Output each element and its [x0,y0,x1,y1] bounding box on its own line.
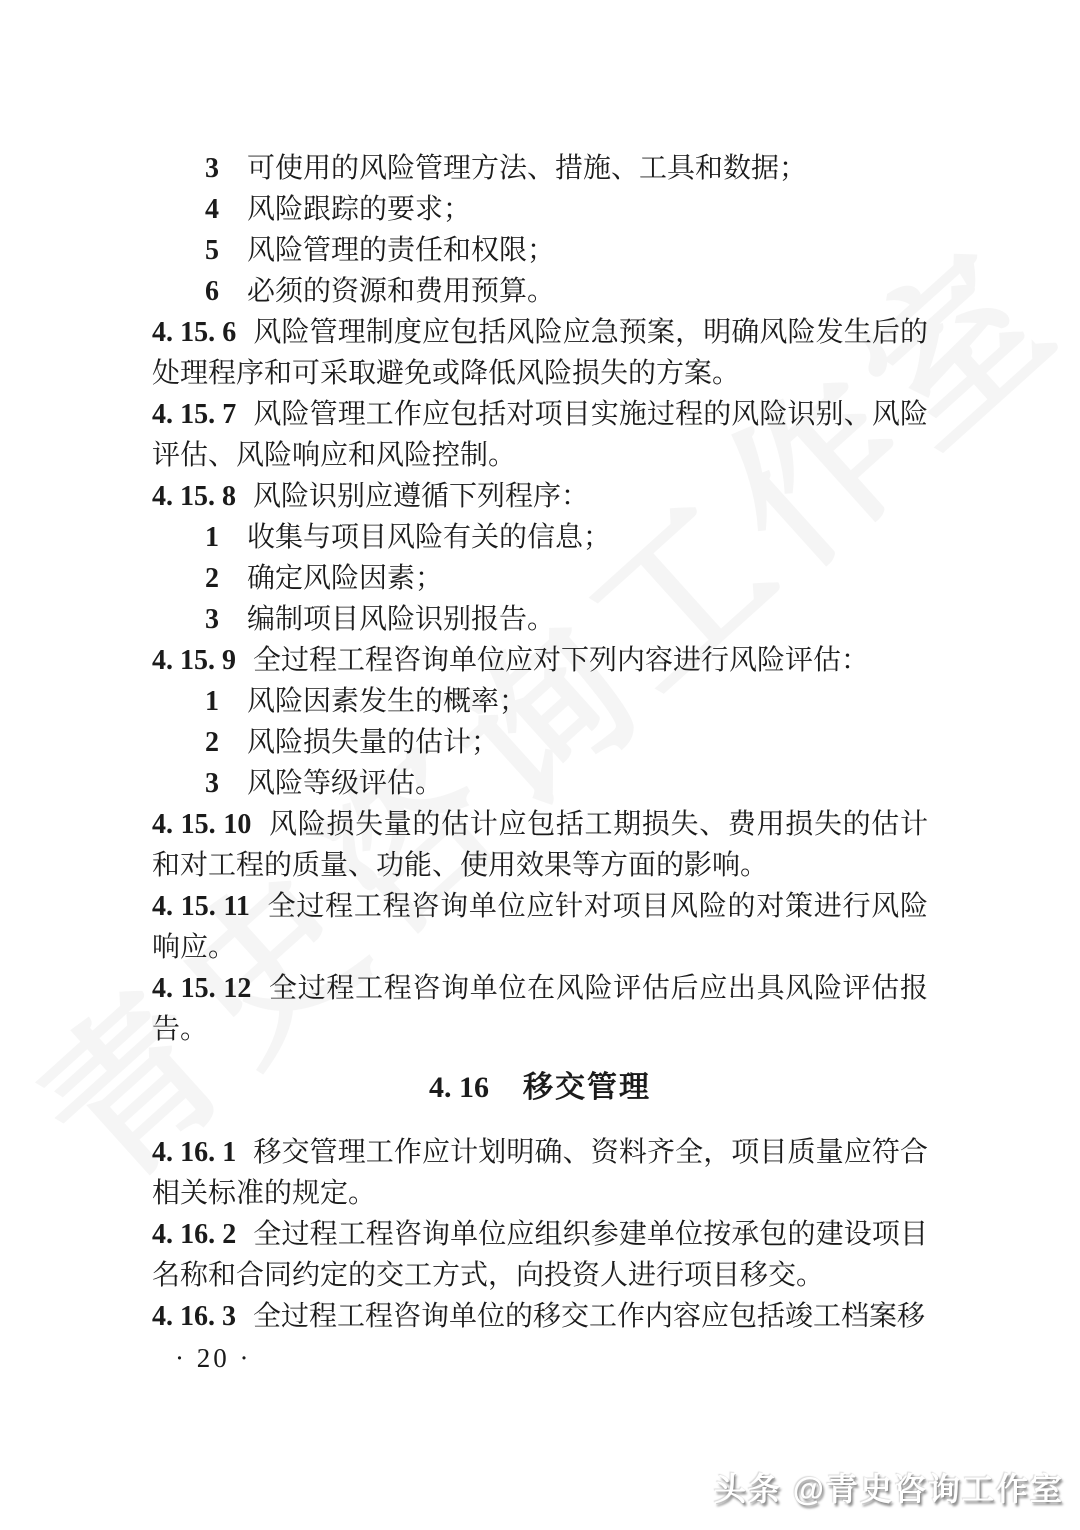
toutiao-watermark: 头条 @青史咨询工作室 [714,1464,1064,1510]
section-title: 移交管理 [523,1071,651,1104]
clause-text: 全过程工程咨询单位应组织参建单位按承包的建设项目名称和合同约定的交工方式，向投资… [152,1219,928,1291]
clause-number: 4. 15. 8 [152,481,236,512]
clause-text: 风险识别应遵循下列程序： [253,481,589,512]
clause-number: 4. 16. 1 [152,1137,236,1168]
clause-4-15-10: 4. 15. 10风险损失量的估计应包括工期损失、费用损失的估计和对工程的质量、… [152,804,928,886]
clause-number: 4. 15. 7 [152,399,236,430]
item-number: 5 [205,230,221,271]
item-text: 确定风险因素； [247,563,443,594]
clause-number: 4. 15. 9 [152,645,236,676]
item-number: 4 [205,189,221,230]
clause-number: 4. 15. 6 [152,317,236,348]
list-item: 5风险管理的责任和权限； [205,230,928,271]
item-number: 6 [205,271,221,312]
page-number: · 20 · [175,1338,928,1379]
item-number: 3 [205,148,221,189]
clause-number: 4. 15. 12 [152,973,251,1004]
item-text: 收集与项目风险有关的信息； [247,522,611,553]
list-item: 3风险等级评估。 [205,763,928,804]
clause-number: 4. 16. 2 [152,1219,236,1250]
section-number: 4. 16 [429,1071,489,1104]
list-item: 1收集与项目风险有关的信息； [205,517,928,558]
clause-text: 全过程工程咨询单位的移交工作内容应包括竣工档案移 [253,1301,925,1332]
clause-text: 风险管理制度应包括风险应急预案，明确风险发生后的处理程序和可采取避免或降低风险损… [152,317,928,389]
item-number: 3 [205,599,221,640]
clause-4-15-7: 4. 15. 7风险管理工作应包括对项目实施过程的风险识别、风险评估、风险响应和… [152,394,928,476]
clause-4-15-11: 4. 15. 11全过程工程咨询单位应针对项目风险的对策进行风险响应。 [152,886,928,968]
clause-text: 全过程工程咨询单位应针对项目风险的对策进行风险响应。 [152,891,928,963]
clause-number: 4. 15. 10 [152,809,251,840]
clause-text: 全过程工程咨询单位在风险评估后应出具风险评估报告。 [152,973,928,1045]
list-item: 2确定风险因素； [205,558,928,599]
item-text: 编制项目风险识别报告。 [247,604,555,635]
clause-text: 风险管理工作应包括对项目实施过程的风险识别、风险评估、风险响应和风险控制。 [152,399,928,471]
item-number: 1 [205,681,221,722]
item-text: 风险等级评估。 [247,768,443,799]
clause-4-16-1: 4. 16. 1移交管理工作应计划明确、资料齐全，项目质量应符合相关标准的规定。 [152,1132,928,1214]
clause-text: 全过程工程咨询单位应对下列内容进行风险评估： [253,645,869,676]
item-text: 必须的资源和费用预算。 [247,276,555,307]
item-number: 3 [205,763,221,804]
clause-4-16-2: 4. 16. 2全过程工程咨询单位应组织参建单位按承包的建设项目名称和合同约定的… [152,1214,928,1296]
item-text: 风险管理的责任和权限； [247,235,555,266]
item-text: 风险跟踪的要求； [247,194,471,225]
clause-4-15-12: 4. 15. 12全过程工程咨询单位在风险评估后应出具风险评估报告。 [152,968,928,1050]
clause-4-15-6: 4. 15. 6风险管理制度应包括风险应急预案，明确风险发生后的处理程序和可采取… [152,312,928,394]
clause-number: 4. 16. 3 [152,1301,236,1332]
clause-4-15-8: 4. 15. 8风险识别应遵循下列程序： [152,476,928,517]
section-heading: 4. 16移交管理 [152,1066,928,1109]
item-number: 2 [205,722,221,763]
clause-text: 移交管理工作应计划明确、资料齐全，项目质量应符合相关标准的规定。 [152,1137,928,1209]
list-item: 6必须的资源和费用预算。 [205,271,928,312]
item-number: 1 [205,517,221,558]
list-item: 1风险因素发生的概率； [205,681,928,722]
clause-text: 风险损失量的估计应包括工期损失、费用损失的估计和对工程的质量、功能、使用效果等方… [152,809,928,881]
item-text: 风险因素发生的概率； [247,686,527,717]
item-text: 可使用的风险管理方法、措施、工具和数据； [247,153,807,184]
page-content: 3可使用的风险管理方法、措施、工具和数据； 4风险跟踪的要求； 5风险管理的责任… [152,148,928,1379]
list-item: 4风险跟踪的要求； [205,189,928,230]
document-page: 青史咨询工作室 3可使用的风险管理方法、措施、工具和数据； 4风险跟踪的要求； … [0,0,1080,1530]
list-item: 3可使用的风险管理方法、措施、工具和数据； [205,148,928,189]
clause-4-16-3: 4. 16. 3全过程工程咨询单位的移交工作内容应包括竣工档案移 [152,1296,928,1337]
item-number: 2 [205,558,221,599]
clause-4-15-9: 4. 15. 9全过程工程咨询单位应对下列内容进行风险评估： [152,640,928,681]
item-text: 风险损失量的估计； [247,727,499,758]
list-item: 3编制项目风险识别报告。 [205,599,928,640]
list-item: 2风险损失量的估计； [205,722,928,763]
clause-number: 4. 15. 11 [152,891,250,922]
